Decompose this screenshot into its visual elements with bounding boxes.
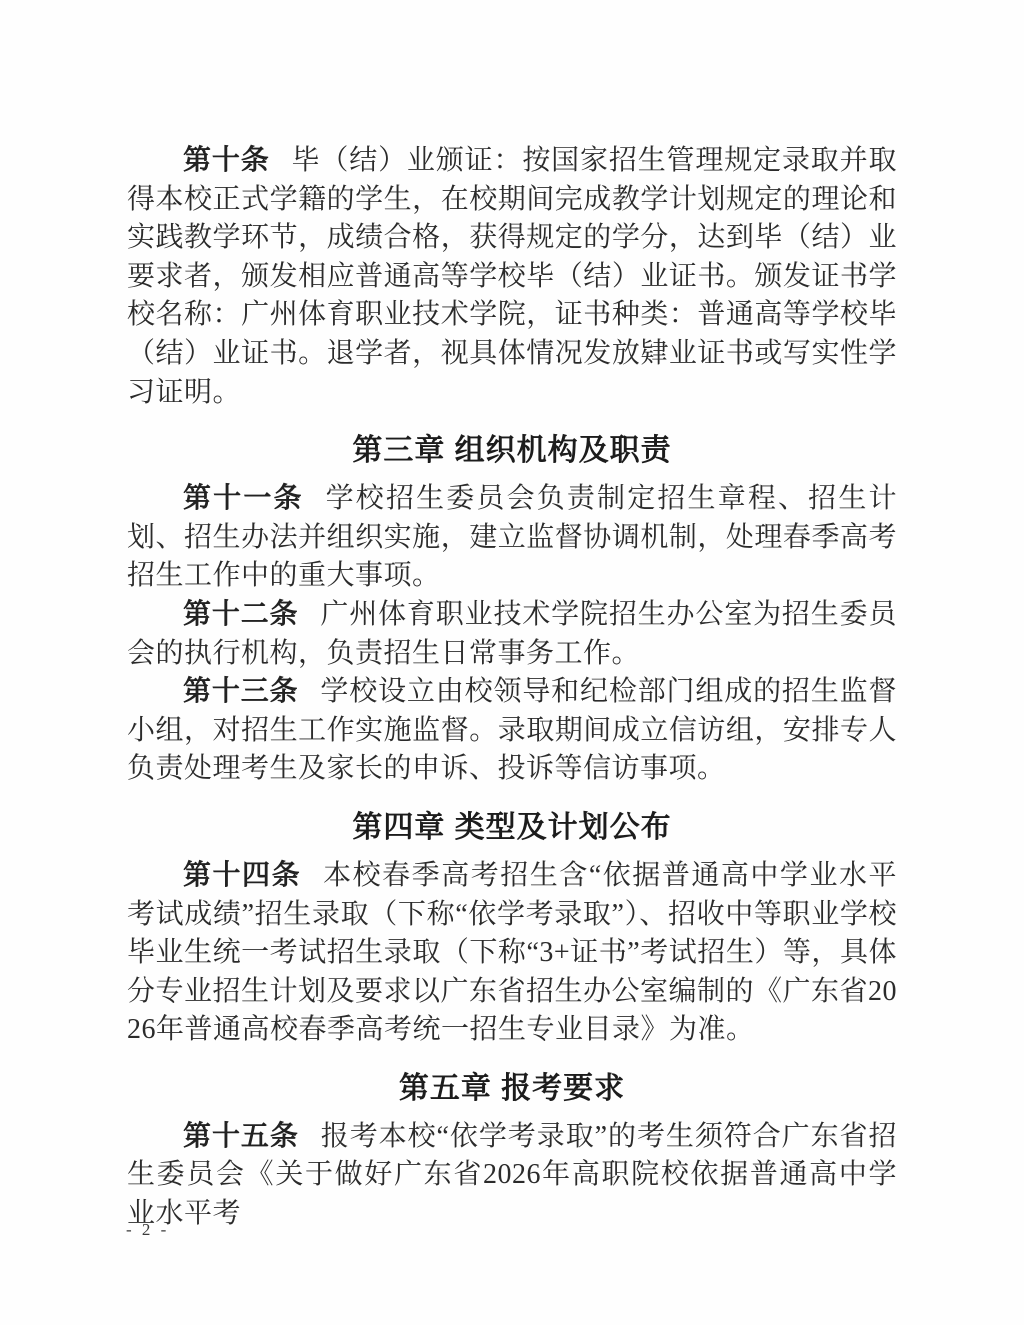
article-15-number: 第十五条 [183, 1121, 299, 1152]
page-number: - 2 - [126, 1220, 169, 1240]
chapter-5-heading: 第五章 报考要求 [127, 1068, 897, 1110]
article-11-number: 第十一条 [183, 483, 304, 514]
article-13-number: 第十三条 [183, 676, 298, 707]
article-10-text: 毕（结）业颁证：按国家招生管理规定录取并取得本校正式学籍的学生，在校期间完成教学… [127, 145, 897, 408]
article-15-paragraph: 第十五条报考本校“依学考录取”的考生须符合广东省招生委员会《关于做好广东省202… [127, 1118, 897, 1234]
article-11-paragraph: 第十一条学校招生委员会负责制定招生章程、招生计划、招生办法并组织实施，建立监督协… [127, 480, 897, 596]
article-12-paragraph: 第十二条广州体育职业技术学院招生办公室为招生委员会的执行机构，负责招生日常事务工… [127, 596, 897, 673]
article-14-paragraph: 第十四条本校春季高考招生含“依据普通高中学业水平考试成绩”招生录取（下称“依学考… [127, 857, 897, 1050]
article-10-number: 第十条 [183, 145, 270, 176]
article-10-paragraph: 第十条毕（结）业颁证：按国家招生管理规定录取并取得本校正式学籍的学生，在校期间完… [127, 142, 897, 412]
chapter-4-heading: 第四章 类型及计划公布 [127, 807, 897, 849]
article-13-paragraph: 第十三条学校设立由校领导和纪检部门组成的招生监督小组，对招生工作实施监督。录取期… [127, 673, 897, 789]
article-14-number: 第十四条 [183, 860, 301, 891]
chapter-3-heading: 第三章 组织机构及职责 [127, 430, 897, 472]
document-page: 第十条毕（结）业颁证：按国家招生管理规定录取并取得本校正式学籍的学生，在校期间完… [0, 0, 1024, 1325]
document-content: 第十条毕（结）业颁证：按国家招生管理规定录取并取得本校正式学籍的学生，在校期间完… [127, 142, 897, 1234]
article-12-number: 第十二条 [183, 599, 298, 630]
